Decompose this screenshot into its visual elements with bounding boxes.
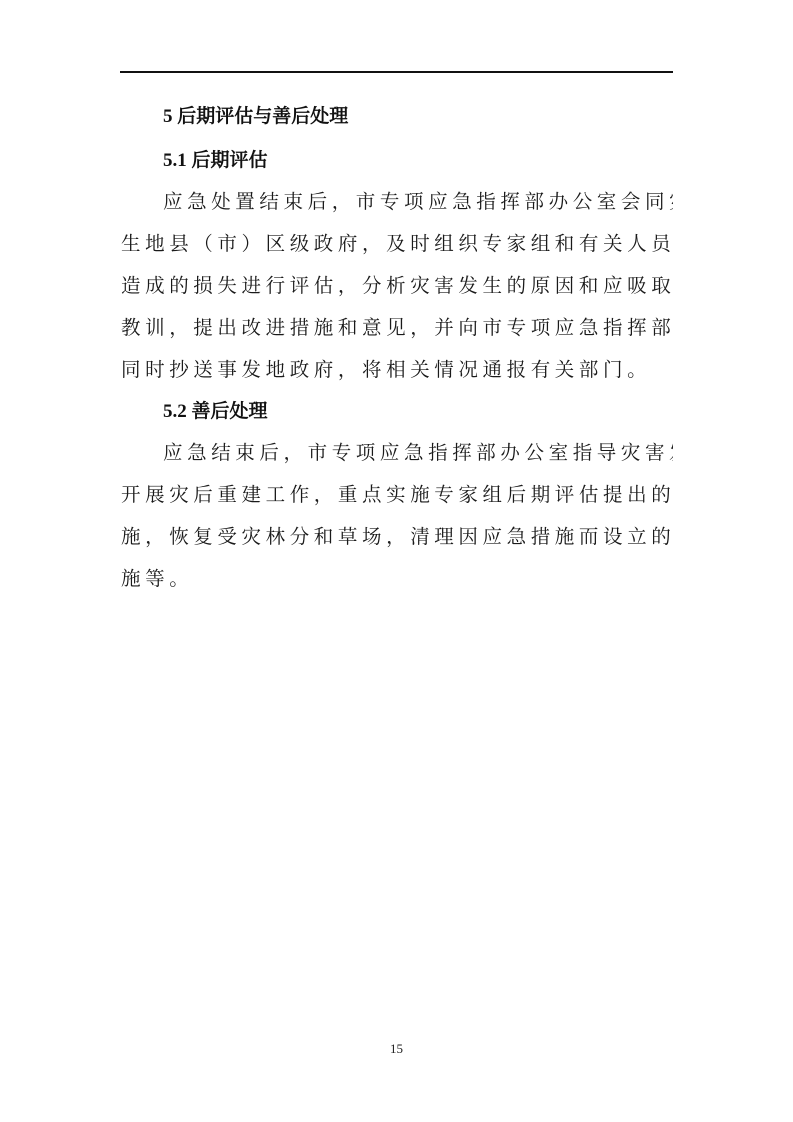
paragraph-5-1: 应急处置结束后，市专项应急指挥部办公室会同灾害发 生地县（市）区级政府，及时组织… xyxy=(121,181,673,391)
paragraph-line: 造成的损失进行评估，分析灾害发生的原因和应吸取的经验 xyxy=(121,265,673,307)
paragraph-line: 生地县（市）区级政府，及时组织专家组和有关人员对灾害 xyxy=(121,223,673,265)
paragraph-line: 施，恢复受灾林分和草场，清理因应急措施而设立的临时设 xyxy=(121,516,673,558)
section-heading: 5 后期评估与善后处理 xyxy=(163,105,348,129)
paragraph-line: 开展灾后重建工作，重点实施专家组后期评估提出的改进措 xyxy=(121,474,673,516)
paragraph-line: 教训，提出改进措施和意见，并向市专项应急指挥部报告， xyxy=(121,307,673,349)
paragraph-line: 应急结束后，市专项应急指挥部办公室指导灾害发生地 xyxy=(121,432,673,474)
subsection-heading-5-2: 5.2 善后处理 xyxy=(163,400,268,424)
page-number: 15 xyxy=(0,1041,793,1057)
paragraph-line: 施等。 xyxy=(121,558,673,600)
paragraph-line: 应急处置结束后，市专项应急指挥部办公室会同灾害发 xyxy=(121,181,673,223)
paragraph-5-2: 应急结束后，市专项应急指挥部办公室指导灾害发生地 开展灾后重建工作，重点实施专家… xyxy=(121,432,673,600)
paragraph-line: 同时抄送事发地政府，将相关情况通报有关部门。 xyxy=(121,349,673,391)
subsection-heading-5-1: 5.1 后期评估 xyxy=(163,149,268,173)
header-rule xyxy=(120,71,673,73)
